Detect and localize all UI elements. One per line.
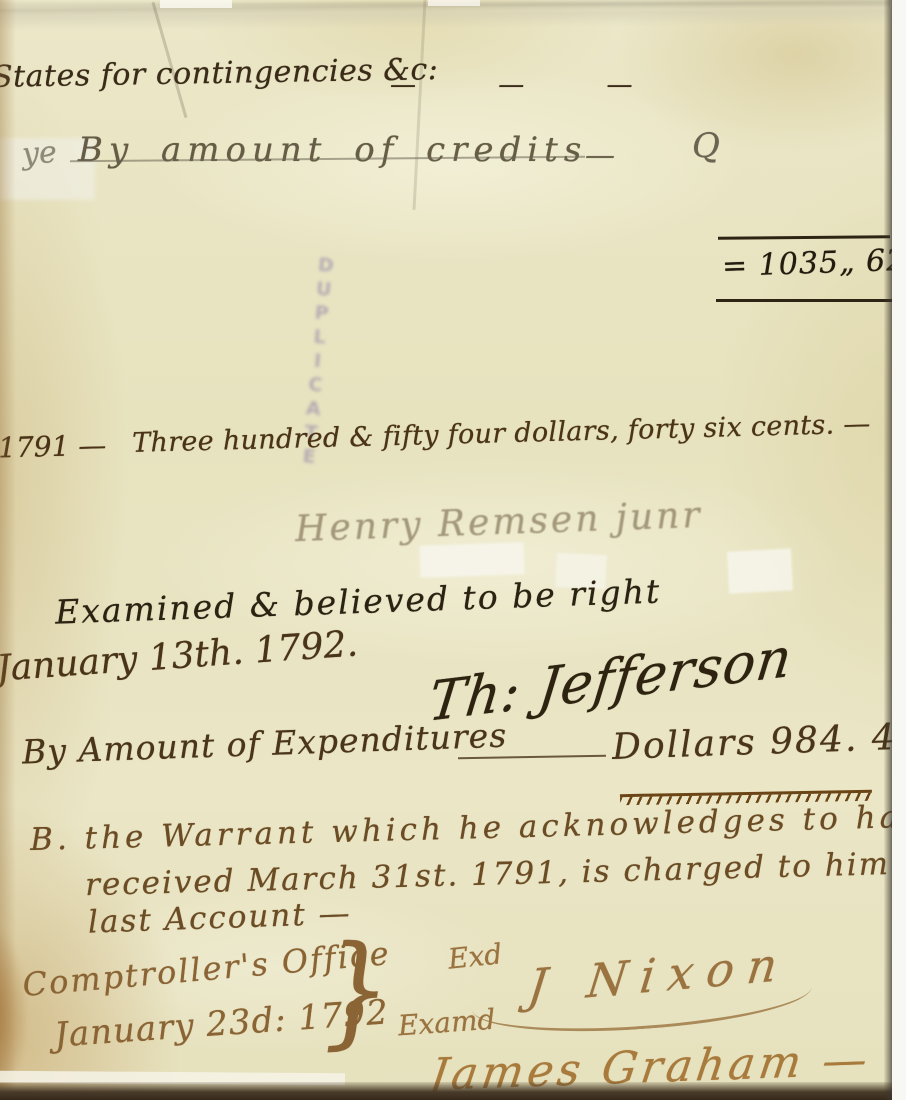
amount-words-text: Three hundred & fifty four dollars, fort… <box>132 409 871 461</box>
amount-words-line: 1791 — Three hundred & fifty four dollar… <box>0 409 871 465</box>
office-brace: } <box>320 919 393 1062</box>
document-scan: States for contingencies &c: — — — ye By… <box>0 0 906 1100</box>
archive-stamp: DUPLICATE <box>300 253 338 434</box>
amount-words-year: 1791 — <box>0 429 107 465</box>
contingencies-line: States for contingencies &c: <box>0 52 439 95</box>
contingencies-dashes: — — — <box>390 70 633 100</box>
faint-q-mark: Q <box>692 126 720 166</box>
paper-edge-seam <box>884 0 892 1100</box>
examined-date: January 13th. 1792. <box>0 623 359 689</box>
expenditures-label: By Amount of Expenditures <box>21 716 507 772</box>
boxed-amount: = 1035„ 62 <box>721 243 906 284</box>
warrant-line-2: received March 31st. 1791, is charged to… <box>85 845 906 903</box>
scanner-background-strip <box>892 0 906 1100</box>
credits-prefix-fragment: ye <box>21 135 58 172</box>
warrant-line-3: last Account — <box>87 895 352 940</box>
credits-line: By amount of credits <box>78 130 587 170</box>
exd-label: Exd <box>446 937 503 975</box>
amount-box-bottom-rule <box>716 299 892 302</box>
remsen-signature: Henry Remsen junr <box>294 495 703 550</box>
torn-edge-sliver <box>160 0 232 8</box>
credits-dash: — <box>585 138 615 173</box>
fold-crease-vertical <box>413 0 427 210</box>
amount-box-top-rule <box>718 235 890 239</box>
expenditures-amount: Dollars 984. 4 <box>611 717 897 768</box>
bottom-edge-shadow <box>0 1082 892 1100</box>
tape-residue <box>419 542 524 578</box>
torn-edge-sliver <box>428 0 480 6</box>
nixon-flourish <box>470 956 813 1041</box>
tape-residue <box>727 548 793 593</box>
examined-line: Examined & believed to be right <box>55 571 662 631</box>
examd-label: Examd <box>397 1003 496 1043</box>
